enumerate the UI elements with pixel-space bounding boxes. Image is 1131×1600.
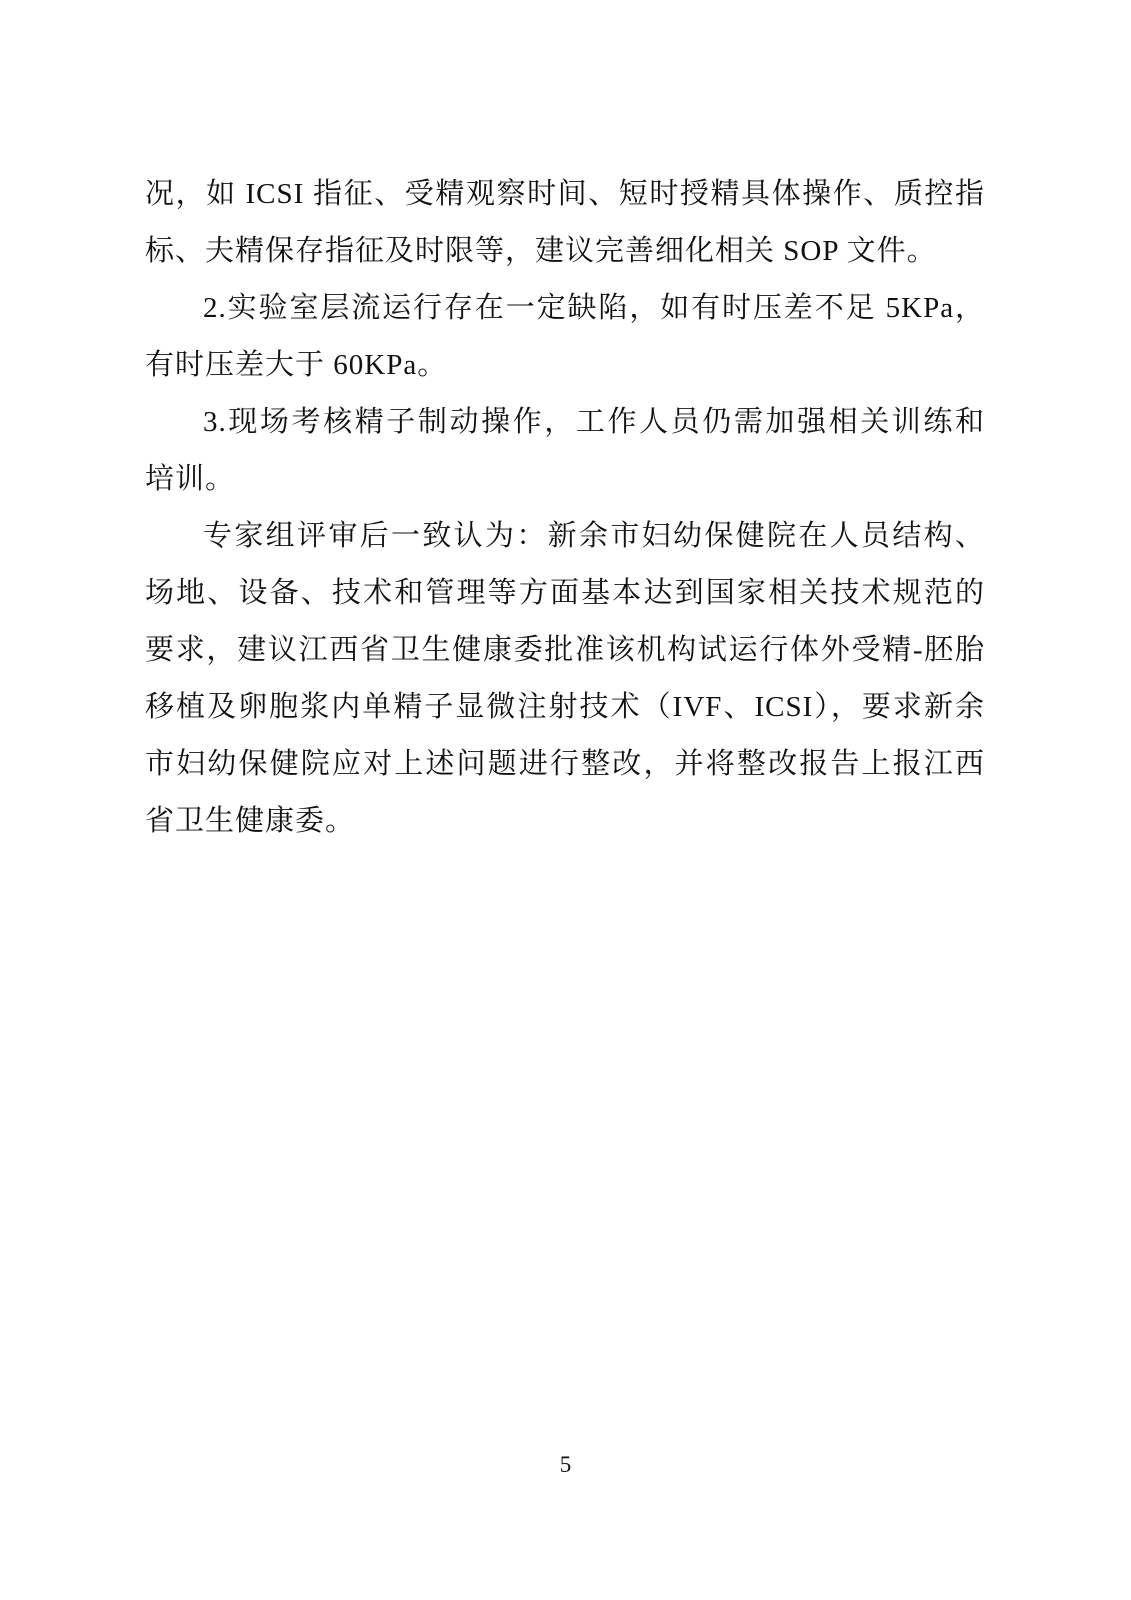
text-line: 3.现场考核精子制动操作，工作人员仍需加强相关训练和 [145,394,985,451]
text-line: 专家组评审后一致认为：新余市妇幼保健院在人员结构、 [145,508,985,565]
text-line: 市妇幼保健院应对上述问题进行整改，并将整改报告上报江西 [145,736,985,793]
text-line: 要求，建议江西省卫生健康委批准该机构试运行体外受精-胚胎 [145,622,985,679]
document-page: 况，如 ICSI 指征、受精观察时间、短时授精具体操作、质控指 标、夫精保存指征… [0,0,1131,1600]
text-line: 况，如 ICSI 指征、受精观察时间、短时授精具体操作、质控指 [145,166,985,223]
document-text-block: 况，如 ICSI 指征、受精观察时间、短时授精具体操作、质控指 标、夫精保存指征… [145,166,985,850]
text-line: 有时压差大于 60KPa。 [145,337,985,394]
page-number: 5 [0,1450,1131,1480]
text-line: 培训。 [145,451,985,508]
text-line: 场地、设备、技术和管理等方面基本达到国家相关技术规范的 [145,565,985,622]
text-line: 移植及卵胞浆内单精子显微注射技术（IVF、ICSI），要求新余 [145,679,985,736]
text-line: 2.实验室层流运行存在一定缺陷，如有时压差不足 5KPa， [145,280,985,337]
text-line: 标、夫精保存指征及时限等，建议完善细化相关 SOP 文件。 [145,223,985,280]
text-line: 省卫生健康委。 [145,793,985,850]
